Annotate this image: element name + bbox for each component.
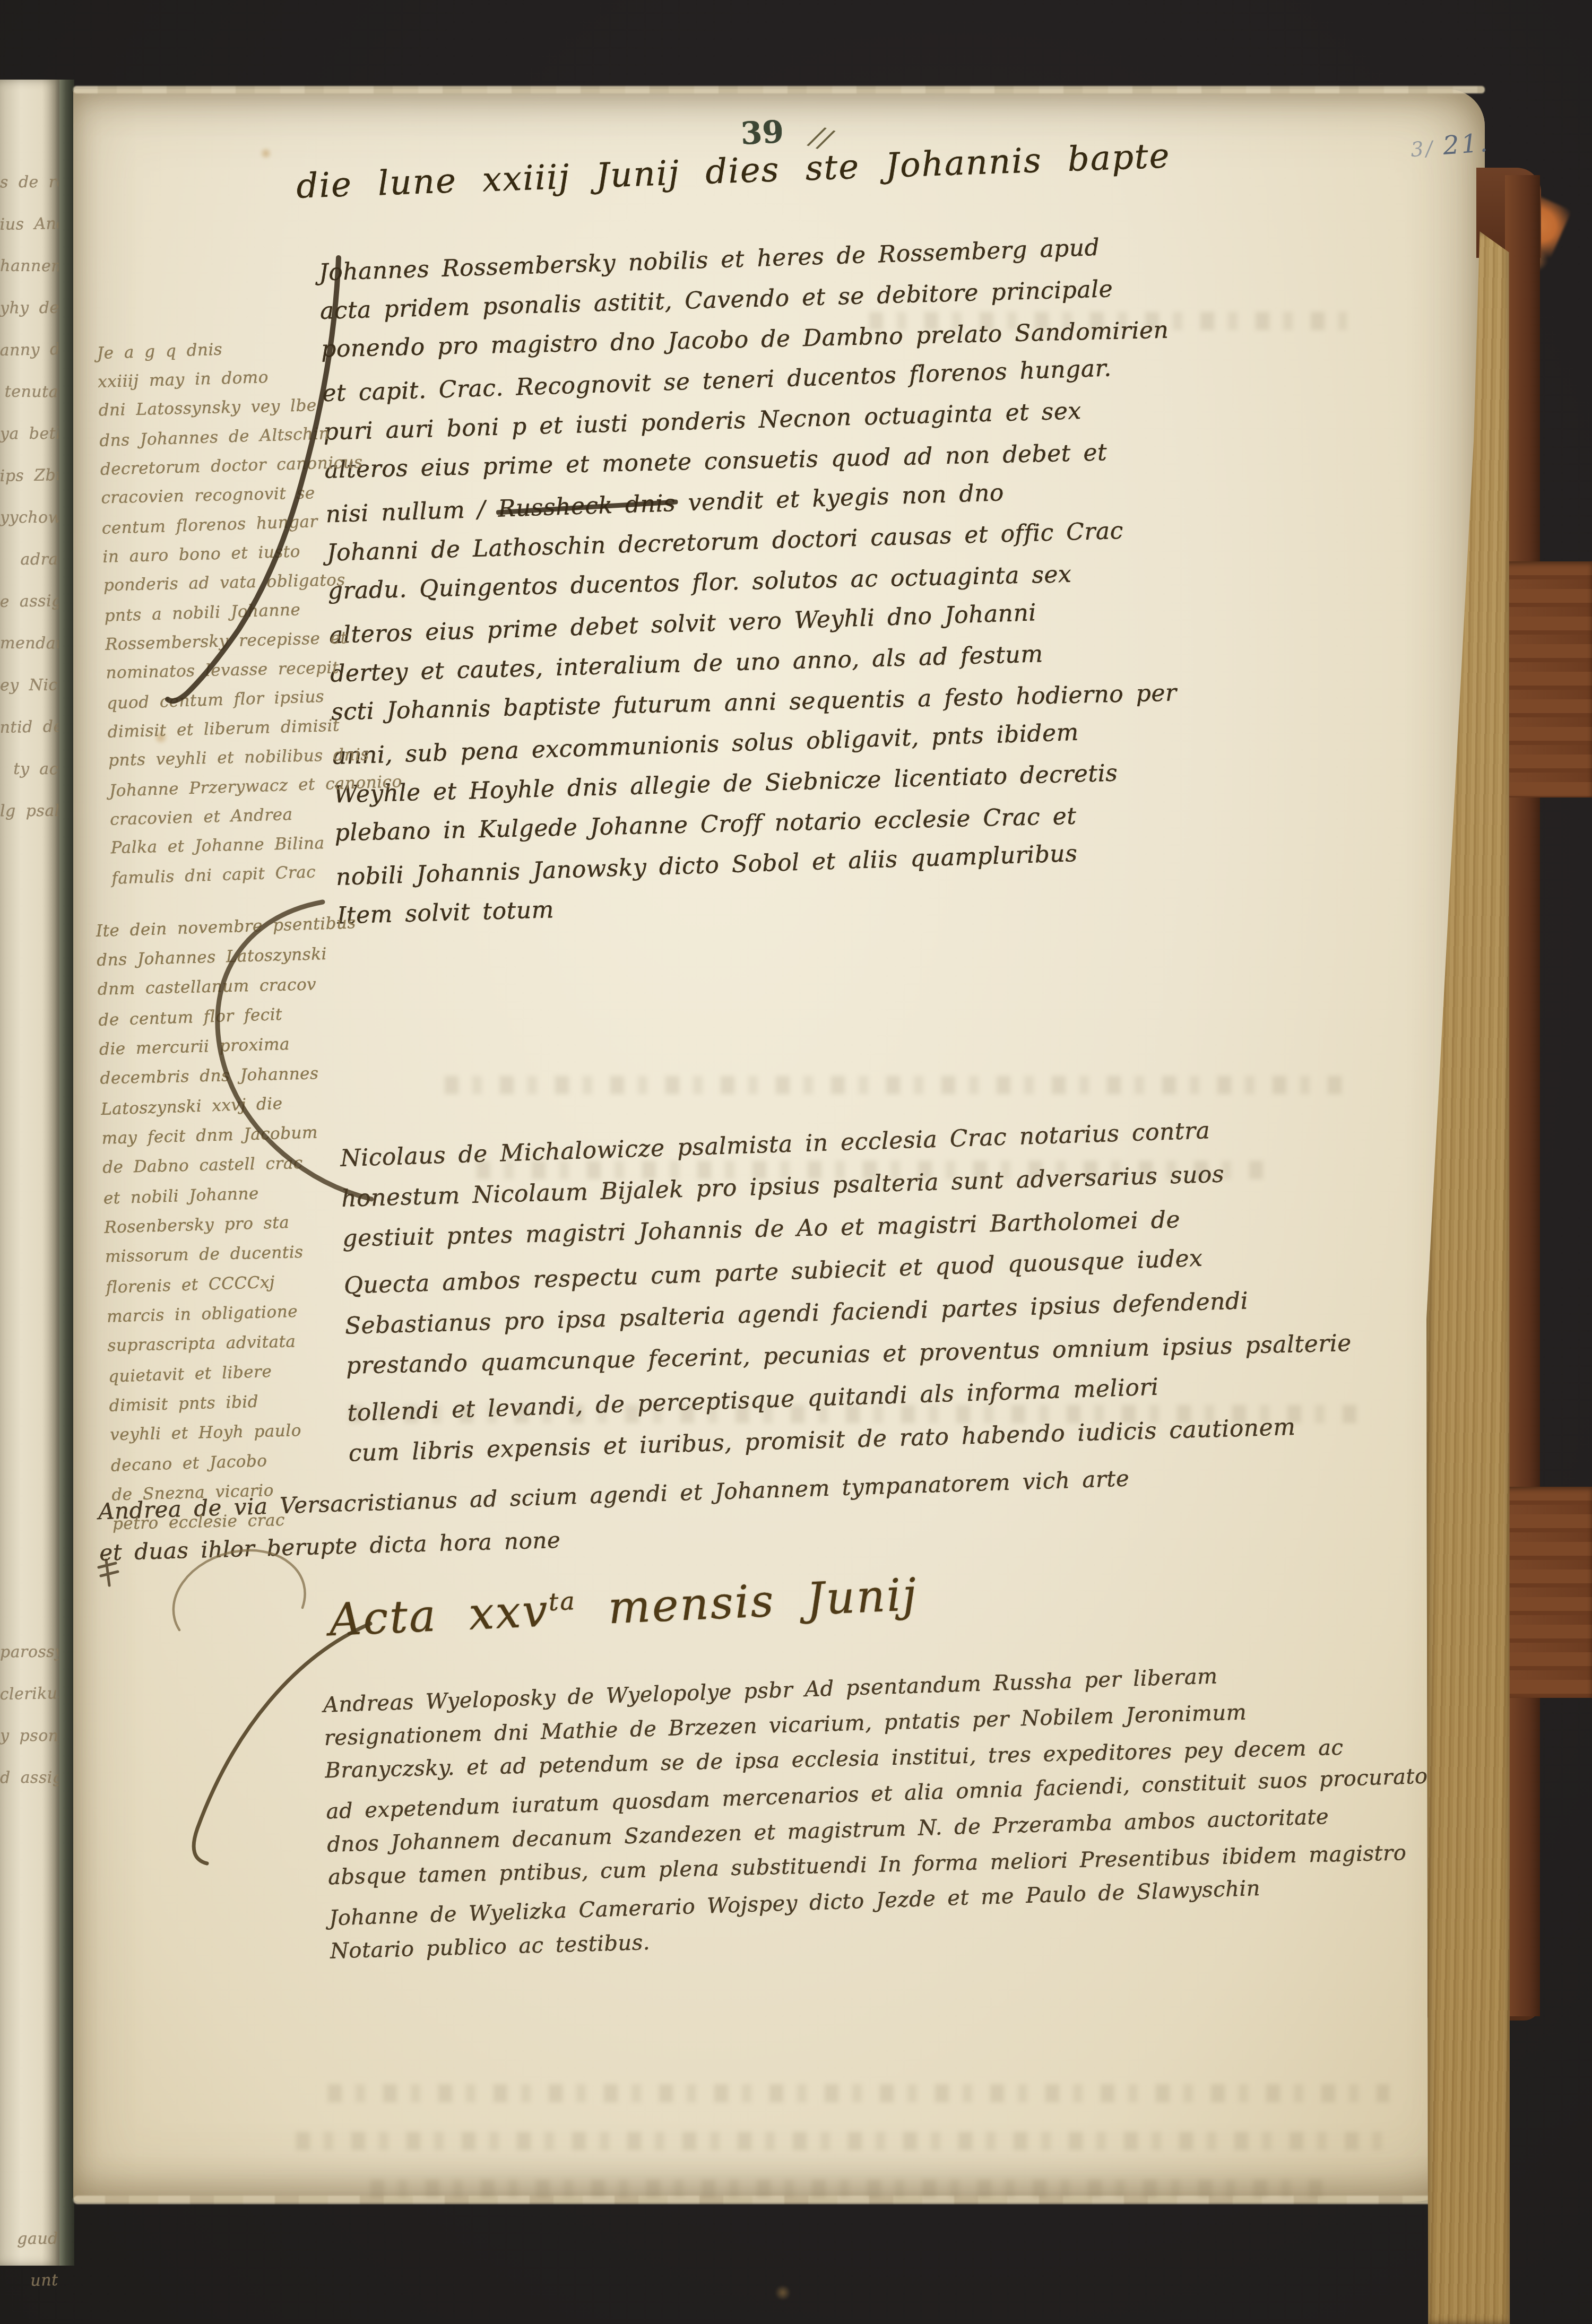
leather-strap-lower	[1505, 1487, 1592, 1698]
manuscript-page: 39 // 3/21. die lune xxiiij Junij dies s…	[73, 89, 1485, 2202]
text-line: unt	[0, 2271, 59, 2314]
text-line: parossy	[0, 1643, 58, 1685]
entry-date-heading: die lune xxiiij Junij dies ste Johannis …	[296, 136, 1171, 206]
entry-date-heading-2: Acta xxvta mensis Junij	[328, 1568, 919, 1646]
text-line: ius Andrea	[0, 214, 59, 257]
margin-note-2: Ite dein novembre psentibusdns Johannes …	[96, 908, 373, 1539]
text-line: lg psalm	[0, 802, 58, 844]
text-line: tenuta	[0, 383, 58, 425]
facing-page-text-bottom: gaudunt	[0, 2230, 58, 2313]
torn-top-edge	[73, 86, 1485, 93]
show-through	[445, 1076, 1347, 1094]
text-line: e assignat	[0, 592, 59, 635]
heading2-text: Acta xxv	[328, 1584, 550, 1646]
text-line: s de ro nomine	[0, 173, 58, 215]
binding-gutter	[59, 80, 74, 2266]
leather-cover-edge	[1505, 175, 1540, 2016]
folio-old-mark: 3/	[1410, 136, 1435, 161]
record-entry-2: Nicolaus de Michalowicze psalmista in ec…	[340, 1107, 1354, 1475]
text-line: yhy de	[0, 299, 58, 341]
page-number: 39	[740, 114, 784, 152]
text-line: yychows	[0, 508, 58, 551]
show-through	[296, 2132, 1384, 2150]
text-line: ntid de	[0, 717, 59, 760]
folio-number: 21.	[1442, 128, 1491, 161]
record-entry-3: Andreas Wyeloposky de Wyelopolye psbr Ad…	[323, 1653, 1467, 1970]
text-line: anny de	[0, 340, 59, 383]
text-line: mendauit	[0, 634, 58, 677]
text-line: petro ecclesie crac	[112, 1503, 373, 1539]
record-entry-1: Johannes Rossembersky nobilis et heres d…	[318, 227, 1185, 936]
text-line: ey Nicolaum	[0, 676, 58, 718]
facing-page-text-top: s de ro nomineius Andreahannemyhy deanny…	[0, 173, 58, 844]
manuscript-photo: s de ro nomineius Andreahannemyhy deanny…	[0, 0, 1592, 2324]
facing-page-text-mid: parossyclerikusy psonyd assigny	[0, 1643, 58, 1810]
text-line: hannem	[0, 257, 58, 299]
text-line: y psony	[0, 1727, 58, 1769]
foxing-spot	[259, 148, 273, 159]
text-line: ya betha	[0, 424, 58, 466]
show-through	[328, 2084, 1389, 2102]
text-line: gaud	[0, 2230, 58, 2271]
text-line: ty ac	[0, 760, 58, 802]
margin-note-1: Je a g q dnisxxiiij may in domodni Latos…	[97, 331, 405, 893]
text-line: d assigny	[0, 1768, 58, 1810]
heading2-superscript: ta	[548, 1586, 577, 1616]
heading2-text: mensis Junij	[607, 1568, 919, 1634]
text-line: adra	[0, 550, 58, 592]
leather-strap-upper	[1505, 561, 1592, 797]
text-line: clerikus	[0, 1684, 59, 1727]
text-line: ips Zbit	[0, 466, 59, 509]
folio-annotation: 3/21.	[1409, 128, 1491, 163]
facing-page-sliver: s de ro nomineius Andreahannemyhy deanny…	[0, 80, 59, 2266]
show-through	[370, 2180, 1326, 2198]
foxing-spot	[774, 2286, 792, 2300]
